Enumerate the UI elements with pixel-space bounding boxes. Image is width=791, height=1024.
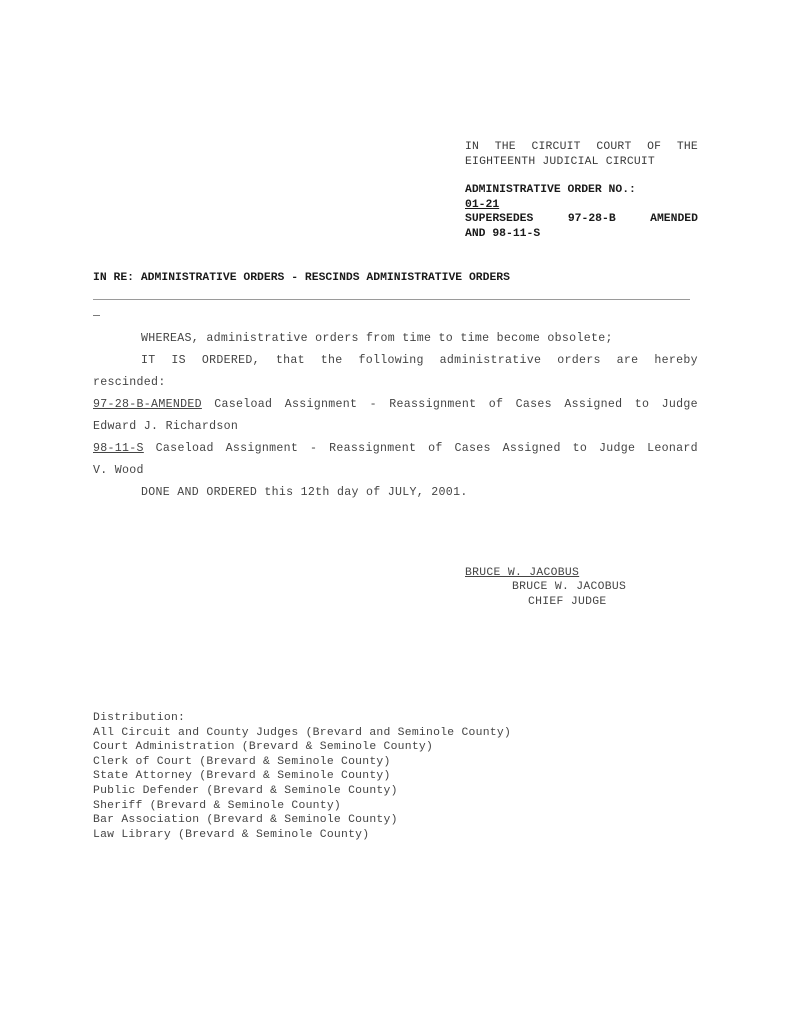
distribution-recipient: Law Library (Brevard & Seminole County) <box>93 828 511 843</box>
word: Cases <box>454 442 490 456</box>
rescinded-order-1-continued: Edward J. Richardson <box>93 420 238 434</box>
word: THE <box>495 140 516 154</box>
distribution-recipient: State Attorney (Brevard & Seminole Count… <box>93 769 511 784</box>
word: Reassignment <box>389 398 476 412</box>
word: COURT <box>596 140 631 154</box>
rescinded-order-1: 97-28-B-AMENDED CaseloadAssignment-Reass… <box>93 398 698 412</box>
word: of <box>489 398 504 412</box>
word: administrative <box>440 354 542 368</box>
word: Judge <box>599 442 635 456</box>
distribution-recipient: Bar Association (Brevard & Seminole Coun… <box>93 813 511 828</box>
administrative-order-number: 01-21 <box>465 198 499 212</box>
word: 97-28-B <box>568 212 616 226</box>
word: Assignment <box>226 442 299 456</box>
rescinded-order-2: 98-11-S CaseloadAssignment-Reassignmento… <box>93 442 698 456</box>
distribution-recipient: All Circuit and County Judges (Brevard a… <box>93 726 511 741</box>
word: Caseload <box>214 398 272 412</box>
word: hereby <box>654 354 698 368</box>
word: CIRCUIT <box>531 140 580 154</box>
word: Assigned <box>564 398 622 412</box>
supersedes-line-2: AND 98-11-S <box>465 227 540 241</box>
distribution-heading: Distribution: <box>93 711 511 726</box>
distribution-list: Distribution: All Circuit and County Jud… <box>93 711 511 842</box>
word: Cases <box>516 398 552 412</box>
horizontal-rule <box>93 299 690 300</box>
whereas-clause: WHEREAS, administrative orders from time… <box>141 332 613 346</box>
word: the <box>321 354 343 368</box>
word: - <box>370 398 377 412</box>
order-number-link[interactable]: 98-11-S <box>93 442 144 456</box>
distribution-recipient: Public Defender (Brevard & Seminole Coun… <box>93 784 511 799</box>
word: that <box>276 354 305 368</box>
word: Assigned <box>503 442 561 456</box>
court-caption-line-1: INTHECIRCUITCOURTOFTHE <box>465 140 698 154</box>
word: Judge <box>662 398 698 412</box>
word: IT <box>141 354 156 368</box>
administrative-order-label: ADMINISTRATIVE ORDER NO.: <box>465 183 636 197</box>
rescinded-order-2-continued: V. Wood <box>93 464 144 478</box>
word: Caseload <box>156 442 214 456</box>
signature: BRUCE W. JACOBUS <box>465 566 579 580</box>
signer-title: CHIEF JUDGE <box>528 595 607 609</box>
supersedes-line-1: SUPERSEDES97-28-BAMENDED <box>465 212 698 226</box>
signer-printed-name: BRUCE W. JACOBUS <box>512 580 626 594</box>
word: orders <box>557 354 601 368</box>
word: are <box>617 354 639 368</box>
court-caption-line-2: EIGHTEENTH JUDICIAL CIRCUIT <box>465 155 698 169</box>
ordered-clause-line-2: rescinded: <box>93 376 166 390</box>
word: Reassignment <box>329 442 416 456</box>
word: SUPERSEDES <box>465 212 533 226</box>
word: to <box>635 398 650 412</box>
word: THE <box>677 140 698 154</box>
word: IN <box>465 140 479 154</box>
ordered-clause-line-1: ITISORDERED,thatthefollowingadministrati… <box>141 354 698 368</box>
rule-stub <box>93 315 100 316</box>
word: AMENDED <box>650 212 698 226</box>
distribution-recipient: Sheriff (Brevard & Seminole County) <box>93 799 511 814</box>
in-re-heading: IN RE: ADMINISTRATIVE ORDERS - RESCINDS … <box>93 271 510 285</box>
distribution-recipient: Court Administration (Brevard & Seminole… <box>93 740 511 755</box>
word: IS <box>171 354 186 368</box>
word: - <box>310 442 317 456</box>
word: ORDERED, <box>202 354 260 368</box>
word: following <box>358 354 423 368</box>
word: to <box>573 442 588 456</box>
word: OF <box>647 140 661 154</box>
word: of <box>428 442 443 456</box>
word: Assignment <box>285 398 358 412</box>
done-and-ordered: DONE AND ORDERED this 12th day of JULY, … <box>141 486 468 500</box>
word: Leonard <box>647 442 698 456</box>
order-number-link[interactable]: 97-28-B-AMENDED <box>93 398 202 412</box>
distribution-recipient: Clerk of Court (Brevard & Seminole Count… <box>93 755 511 770</box>
